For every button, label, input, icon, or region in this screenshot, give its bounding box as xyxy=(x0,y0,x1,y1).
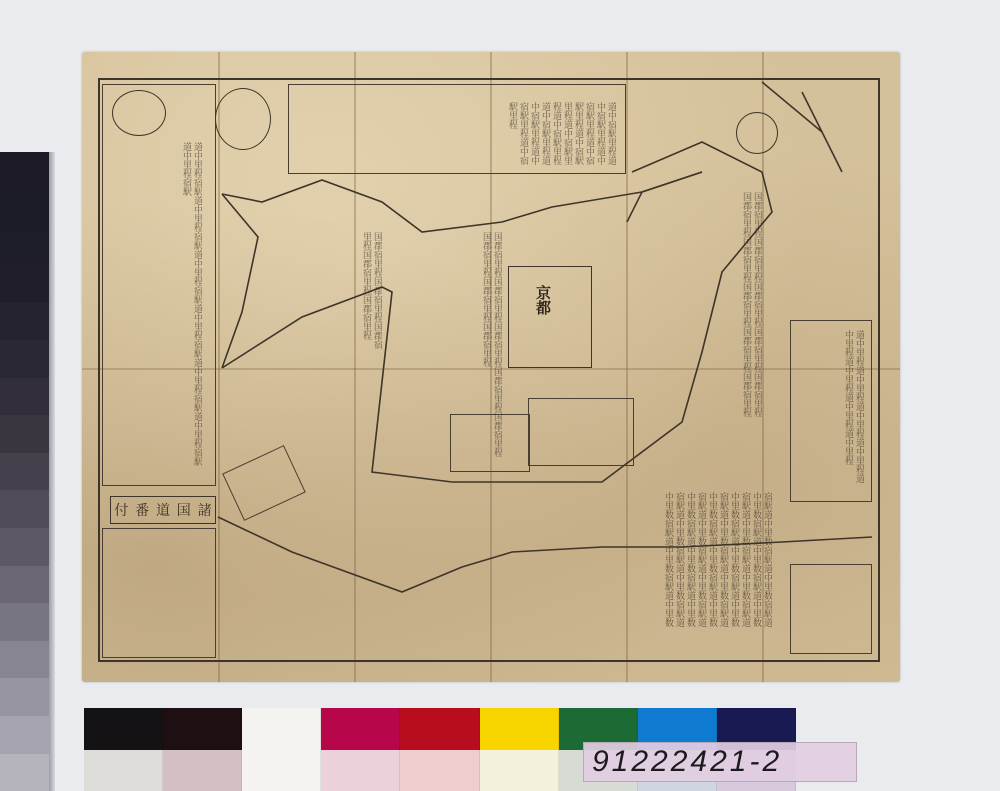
side-panel-text: 道中里程宿駅道中里程宿駅道中里程宿駅道中里程宿駅道中里程宿駅道中里程宿駅道中里程… xyxy=(112,142,202,472)
grayscale-patch xyxy=(0,528,52,566)
grayscale-patch xyxy=(0,453,52,491)
province-text: 国郡宿里程国郡宿里程国郡宿里程国郡宿里程国郡宿里程国郡宿里程国郡宿里程国郡宿里程… xyxy=(642,192,762,422)
color-patch xyxy=(400,708,479,750)
grayscale-patch xyxy=(0,603,52,641)
station-list-text: 宿駅道中里数宿駅道中里数宿駅道中里数宿駅道中里数宿駅道中里数宿駅道中里数宿駅道中… xyxy=(232,492,772,632)
color-patch xyxy=(321,708,400,750)
notes-box xyxy=(528,398,634,466)
province-text: 国郡宿里程国郡宿里程国郡宿里程国郡宿里程国郡宿里程国郡宿里程国郡宿里程国郡宿里程 xyxy=(402,232,502,462)
color-patch xyxy=(242,750,321,791)
color-patch xyxy=(163,750,242,791)
grayscale-patch xyxy=(0,566,52,604)
color-patch xyxy=(84,708,163,750)
distance-text: 道中宿駅里程道中宿駅里程道中宿駅里程道中宿駅里程道中宿駅里程道中宿駅里程道中宿駅… xyxy=(296,102,616,166)
color-patch xyxy=(321,750,400,791)
grayscale-patch xyxy=(0,340,52,378)
grayscale-patch xyxy=(0,378,52,416)
kyoto-label: 京都 xyxy=(533,285,554,315)
province-text: 国郡宿里程国郡宿里程国郡宿里程国郡宿里程国郡宿里程 xyxy=(232,232,382,352)
bottom-right-notes-panel xyxy=(790,564,872,654)
color-patch xyxy=(163,708,242,750)
color-patch xyxy=(480,708,559,750)
catalog-number-label: 91222421-2 xyxy=(583,742,857,782)
grayscale-patch xyxy=(0,227,52,265)
title-char: 国 xyxy=(177,500,191,520)
title-char: 諸 xyxy=(198,500,212,520)
kyoto-box: 京都 xyxy=(508,266,592,368)
grayscale-strip xyxy=(0,152,52,791)
grayscale-patch xyxy=(0,678,52,716)
circular-vignette xyxy=(736,112,778,154)
color-patch xyxy=(242,708,321,750)
color-patch xyxy=(480,750,559,791)
bottom-left-notes-panel xyxy=(102,528,216,658)
grayscale-patch xyxy=(0,716,52,754)
title-char: 番 xyxy=(135,500,149,520)
title-cartouche: 付 番 道 国 諸 xyxy=(110,496,216,524)
grayscale-patch xyxy=(0,302,52,340)
grayscale-patch xyxy=(0,152,52,190)
grayscale-patch xyxy=(0,415,52,453)
color-patch xyxy=(84,750,163,791)
circular-vignette xyxy=(215,88,271,150)
grayscale-patch xyxy=(0,490,52,528)
title-char: 道 xyxy=(156,500,170,520)
map-sheet: 京都 付 番 道 国 諸 道中宿駅里程道中宿駅里程道中宿駅里程道中宿駅里程道中宿… xyxy=(82,52,900,682)
color-patch xyxy=(400,750,479,791)
grayscale-strip-edge xyxy=(49,152,55,791)
side-panel-text: 道中里程道中里程道中里程道中里程道中里程道中里程道中里程道中里程 xyxy=(798,330,864,490)
grayscale-patch xyxy=(0,190,52,228)
catalog-number: 91222421-2 xyxy=(592,745,782,779)
grayscale-patch xyxy=(0,265,52,303)
title-char: 付 xyxy=(114,500,128,520)
circular-vignette xyxy=(112,90,166,136)
grayscale-patch xyxy=(0,754,52,791)
grayscale-patch xyxy=(0,641,52,679)
